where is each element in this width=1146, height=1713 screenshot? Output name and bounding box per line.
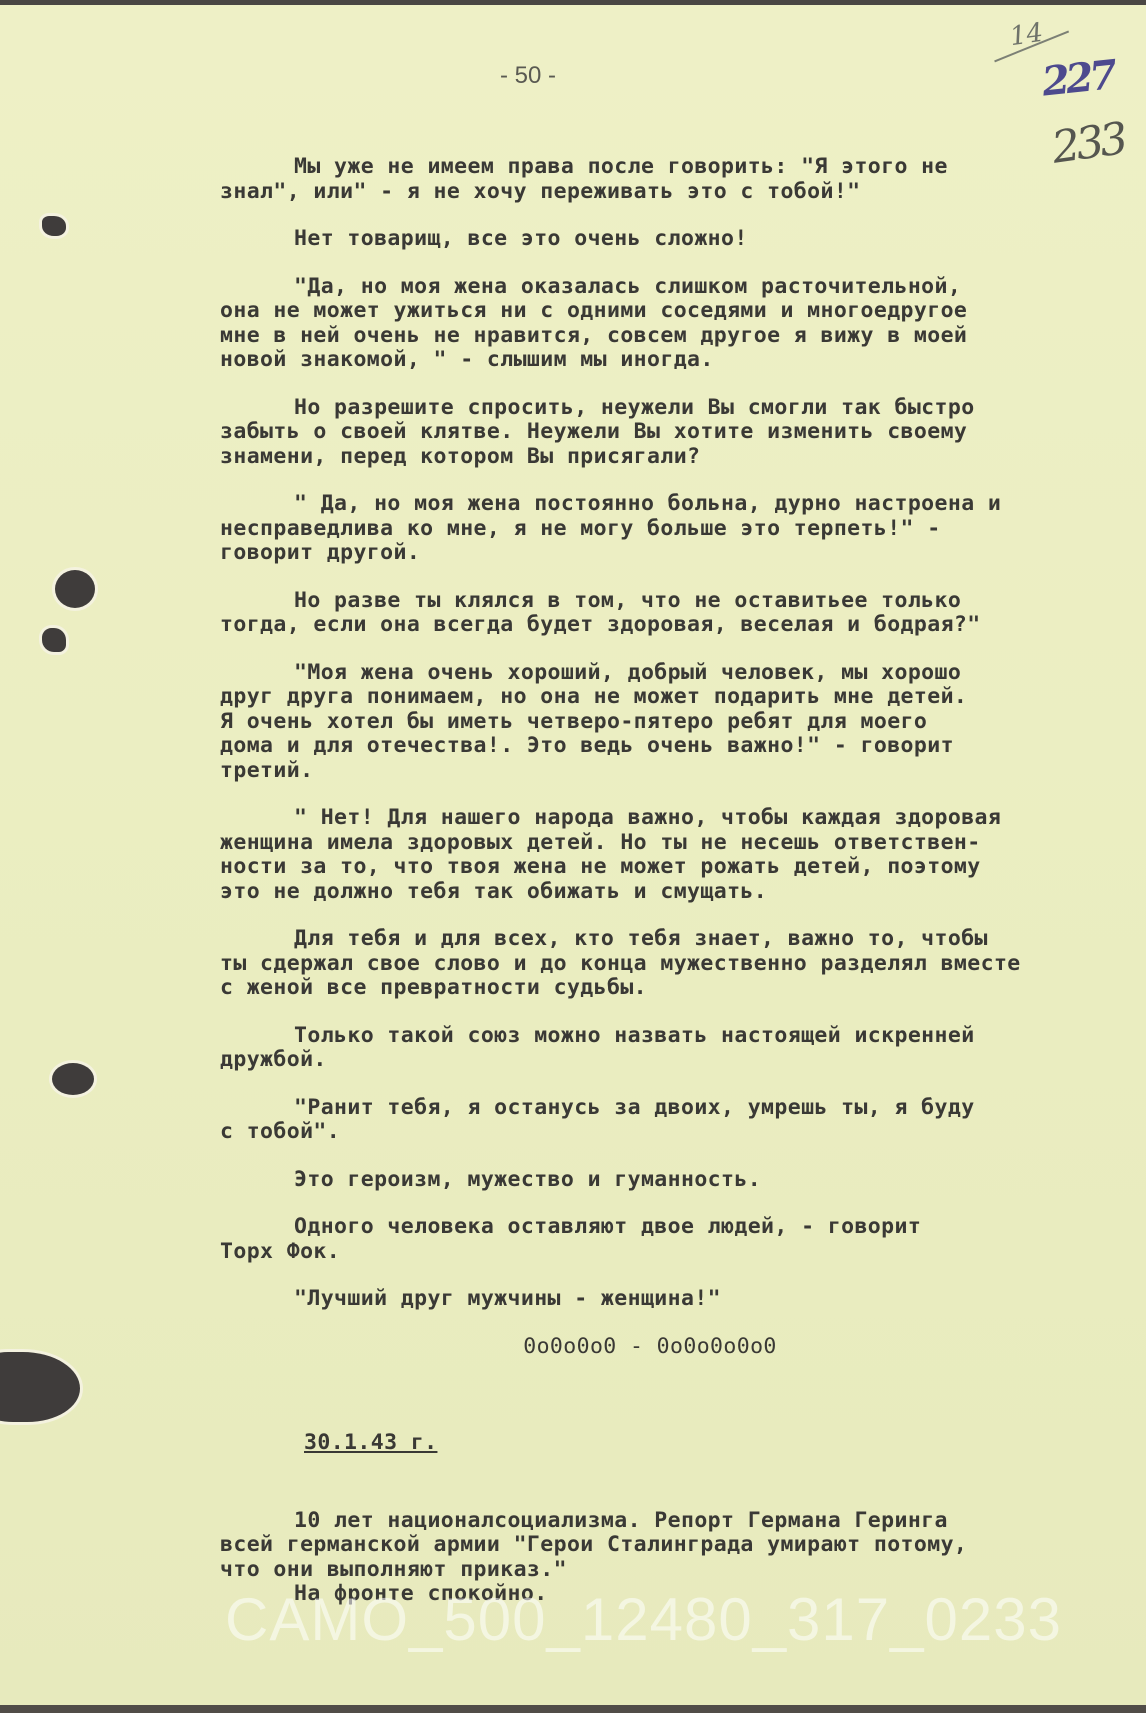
text-line: Одного человека оставляют двое людей, - … [220,1215,1120,1240]
text-line: с женой все превратности судьбы. [220,976,1120,1001]
text-line: Нет товарищ, все это очень сложно! [220,227,1120,252]
text-line: " Нет! Для нашего народа важно, чтобы ка… [220,806,1120,831]
text-line: "Моя жена очень хороший, добрый человек,… [220,661,1120,686]
text-line: тогда, если она всегда будет здоровая, в… [220,613,1120,638]
text-line: знал", или" - я не хочу переживать это с… [220,180,1120,205]
text-line: дружбой. [220,1048,1120,1073]
handwritten-note-top: 14 [1008,18,1045,52]
paragraph: "Моя жена очень хороший, добрый человек,… [220,661,1120,784]
text-line: друг друга понимаем, но она не может под… [220,685,1120,710]
text-line: с тобой". [220,1120,1120,1145]
text-line: Только такой союз можно назвать настояще… [220,1024,1120,1049]
text-line: она не может ужиться ни с одними соседям… [220,299,1120,324]
paragraph: " Нет! Для нашего народа важно, чтобы ка… [220,806,1120,904]
text-line: Торх Фок. [220,1240,1120,1265]
text-line: " Да, но моя жена постоянно больна, дурн… [220,492,1120,517]
text-line: Мы уже не имеем права после говорить: "Я… [220,155,1120,180]
date-heading: 30.1.43 г. [220,1431,1120,1456]
page-number: - 50 - [500,62,556,90]
paragraph: "Ранит тебя, я останусь за двоих, умрешь… [220,1096,1120,1145]
paragraph: "Лучший друг мужчины - женщина!" [220,1287,1120,1312]
punch-hole [42,216,66,236]
paragraph: Для тебя и для всех, кто тебя знает, важ… [220,927,1120,1001]
document-page: - 50 - 14 227 233 Мы уже не имеем права … [0,0,1146,1713]
text-line: несправедлива ко мне, я не могу больше э… [220,517,1120,542]
scan-border-top [0,0,1146,5]
text-line: третий. [220,759,1120,784]
paragraph: Одного человека оставляют двое людей, - … [220,1215,1120,1264]
typewritten-body: Мы уже не имеем права после говорить: "Я… [220,155,1120,1656]
paragraph: Только такой союз можно назвать настояще… [220,1024,1120,1073]
paragraph: "Да, но моя жена оказалась слишком расто… [220,275,1120,373]
paragraph: Но разве ты клялся в том, что не оставит… [220,589,1120,638]
paragraph: Но разрешите спросить, неужели Вы смогли… [220,396,1120,470]
paragraph: Мы уже не имеем права после говорить: "Я… [220,155,1120,204]
text-line: женщина имела здоровых детей. Но ты не н… [220,831,1120,856]
text-line: ности за то, что твоя жена не может рожа… [220,855,1120,880]
text-line: Для тебя и для всех, кто тебя знает, важ… [220,927,1120,952]
text-line: новой знакомой, " - слышим мы иногда. [220,348,1120,373]
text-line: 10 лет националсоциализма. Репорт Герман… [220,1509,1120,1534]
text-line: "Да, но моя жена оказалась слишком расто… [220,275,1120,300]
scan-border-bottom [0,1705,1146,1713]
text-line: Но разве ты клялся в том, что не оставит… [220,589,1120,614]
text-line: мне в ней очень не нравится, совсем друг… [220,324,1120,349]
text-line: Я очень хотел бы иметь четверо-пятеро ре… [220,710,1120,735]
text-line: ты сдержал свое слово и до конца мужеств… [220,952,1120,977]
text-line: "Лучший друг мужчины - женщина!" [220,1287,1120,1312]
punch-hole [42,628,66,652]
text-line: "Ранит тебя, я останусь за двоих, умрешь… [220,1096,1120,1121]
text-line: забыть о своей клятве. Неужели Вы хотите… [220,420,1120,445]
punch-hole [55,570,95,608]
text-line: что они выполняют приказ." [220,1558,1120,1583]
text-line: говорит другой. [220,541,1120,566]
paragraph: Нет товарищ, все это очень сложно! [220,227,1120,252]
paragraph: Это героизм, мужество и гуманность. [220,1168,1120,1193]
text-line: это не должно тебя так обижать и смущать… [220,880,1120,905]
text-line: Это героизм, мужество и гуманность. [220,1168,1120,1193]
text-line: всей германской армии "Герои Сталинграда… [220,1533,1120,1558]
paragraph: " Да, но моя жена постоянно больна, дурн… [220,492,1120,566]
paragraphs: Мы уже не имеем права после говорить: "Я… [220,155,1120,1312]
torn-edge [0,1352,80,1422]
archive-watermark: CAMO_500_12480_317_0233 [225,1585,1062,1654]
handwritten-sheet-number-crossed: 227 [1040,51,1116,105]
separator: 0o0o0o0 - 0o0o0o0o0 [180,1335,1120,1360]
text-line: дома и для отечества!. Это ведь очень ва… [220,734,1120,759]
text-line: Но разрешите спросить, неужели Вы смогли… [220,396,1120,421]
punch-hole [52,1063,94,1095]
text-line: знамени, перед котором Вы присягали? [220,445,1120,470]
